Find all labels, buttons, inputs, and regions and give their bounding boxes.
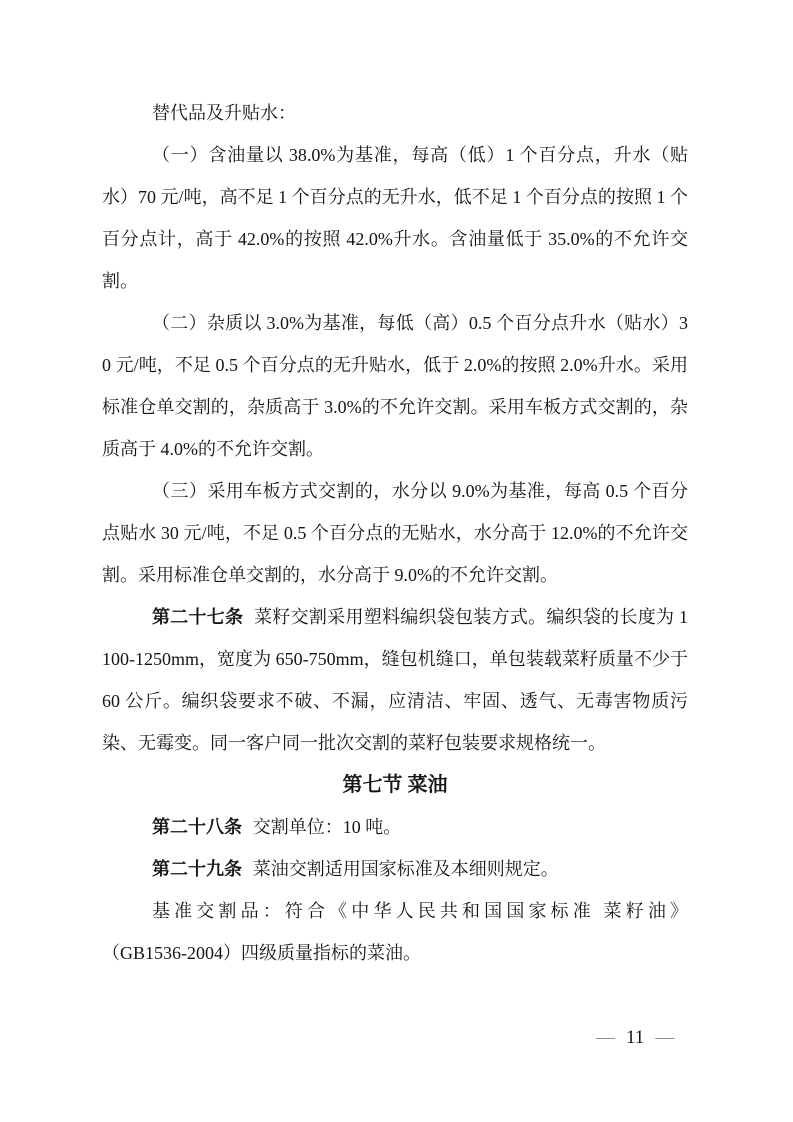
clause-item-2: （二）杂质以 3.0%为基准，每低（高）0.5 个百分点升水（贴水）30 元/吨… [102, 302, 688, 470]
article-28: 第二十八条交割单位：10 吨。 [102, 806, 688, 848]
base-delivery-line-2-text: （GB1536-2004）四级质量指标的菜油。 [102, 943, 421, 963]
base-delivery-line-1: 基准交割品：符合《中华人民共和国国家标准 菜籽油》 [102, 890, 688, 932]
clause-item-1: （一）含油量以 38.0%为基准，每高（低）1 个百分点，升水（贴水）70 元/… [102, 134, 688, 302]
base-delivery-line-1-text: 基准交割品：符合《中华人民共和国国家标准 菜籽油》 [152, 901, 688, 921]
article-28-text: 交割单位：10 吨。 [253, 817, 402, 837]
base-delivery-line-2: （GB1536-2004）四级质量指标的菜油。 [102, 932, 688, 974]
section-heading: 第七节 菜油 [102, 764, 688, 806]
clause-item-3: （三）采用车板方式交割的，水分以 9.0%为基准，每高 0.5 个百分点贴水 3… [102, 470, 688, 596]
intro-text: 替代品及升贴水： [152, 103, 296, 123]
page-number-dash-left: — [596, 1026, 615, 1050]
article-27: 第二十七条菜籽交割采用塑料编织袋包装方式。编织袋的长度为 1100-1250mm… [102, 596, 688, 764]
page-number: — 11 — [596, 1026, 674, 1050]
page-number-value: 11 [626, 1026, 644, 1050]
article-27-number: 第二十七条 [152, 607, 243, 627]
article-29-text: 菜油交割适用国家标准及本细则规定。 [253, 859, 559, 879]
intro-line: 替代品及升贴水： [102, 92, 688, 134]
article-27-text: 菜籽交割采用塑料编织袋包装方式。编织袋的长度为 1100-1250mm，宽度为 … [102, 607, 688, 753]
clause-item-3-text: （三）采用车板方式交割的，水分以 9.0%为基准，每高 0.5 个百分点贴水 3… [102, 481, 688, 585]
clause-item-2-text: （二）杂质以 3.0%为基准，每低（高）0.5 个百分点升水（贴水）30 元/吨… [102, 313, 688, 459]
article-28-number: 第二十八条 [152, 817, 242, 837]
article-29: 第二十九条菜油交割适用国家标准及本细则规定。 [102, 848, 688, 890]
document-page: 替代品及升贴水： （一）含油量以 38.0%为基准，每高（低）1 个百分点，升水… [0, 0, 793, 1122]
article-29-number: 第二十九条 [152, 859, 242, 879]
document-content: 替代品及升贴水： （一）含油量以 38.0%为基准，每高（低）1 个百分点，升水… [102, 92, 688, 974]
page-number-dash-right: — [655, 1026, 674, 1050]
clause-item-1-text: （一）含油量以 38.0%为基准，每高（低）1 个百分点，升水（贴水）70 元/… [102, 145, 688, 291]
